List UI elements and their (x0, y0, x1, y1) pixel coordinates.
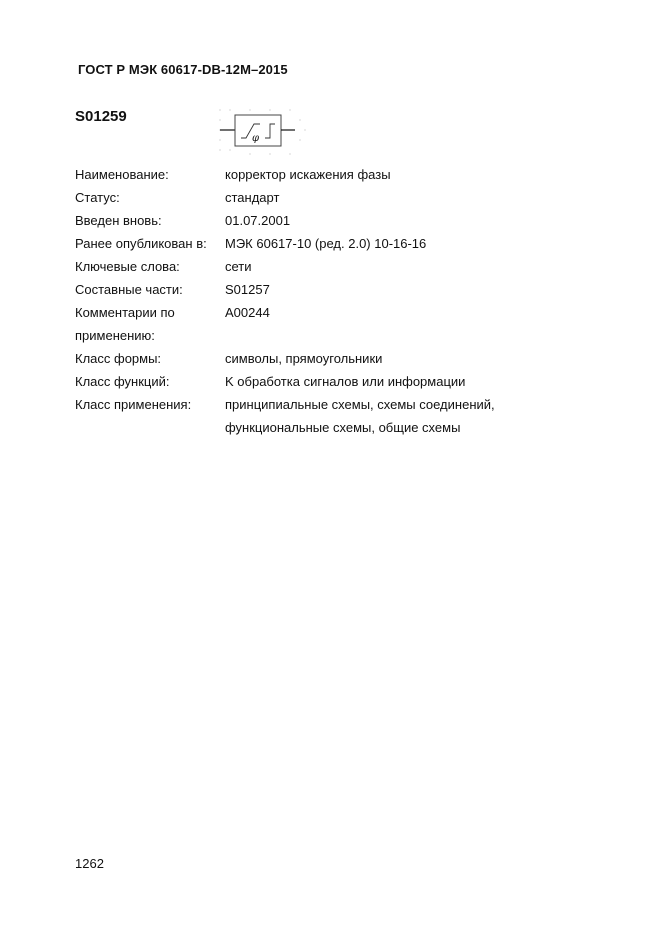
field-label: Статус: (75, 186, 225, 209)
field-row-keywords: Ключевые слова: сети (75, 255, 595, 278)
field-label: Введен вновь: (75, 209, 225, 232)
page-number: 1262 (75, 856, 104, 871)
document-header: ГОСТ Р МЭК 60617-DB-12M–2015 (78, 62, 288, 77)
symbol-code: S01259 (75, 108, 127, 125)
field-label: Класс функций: (75, 370, 225, 393)
field-row-status: Статус: стандарт (75, 186, 595, 209)
field-value: стандарт (225, 186, 595, 209)
field-label: применению: (75, 324, 225, 347)
field-value: функциональные схемы, общие схемы (225, 416, 595, 439)
field-row-name: Наименование: корректор искажения фазы (75, 163, 595, 186)
field-row-application-notes-cont: применению: (75, 324, 595, 347)
field-label: Наименование: (75, 163, 225, 186)
field-value: сети (225, 255, 595, 278)
field-label: Класс формы: (75, 347, 225, 370)
field-value: A00244 (225, 301, 595, 324)
field-row-application-class: Класс применения: принципиальные схемы, … (75, 393, 595, 416)
field-value: S01257 (225, 278, 595, 301)
field-row-application-class-cont: функциональные схемы, общие схемы (75, 416, 595, 439)
field-row-function-class: Класс функций: K обработка сигналов или … (75, 370, 595, 393)
field-value: K обработка сигналов или информации (225, 370, 595, 393)
field-value: символы, прямоугольники (225, 347, 595, 370)
field-row-components: Составные части: S01257 (75, 278, 595, 301)
field-value: принципиальные схемы, схемы соединений, (225, 393, 595, 416)
svg-text:φ: φ (252, 133, 259, 144)
field-row-form-class: Класс формы: символы, прямоугольники (75, 347, 595, 370)
field-row-introduced: Введен вновь: 01.07.2001 (75, 209, 595, 232)
field-value: МЭК 60617-10 (ред. 2.0) 10-16-16 (225, 232, 595, 255)
field-row-application-notes: Комментарии по A00244 (75, 301, 595, 324)
field-label: Ранее опубликован в: (75, 232, 225, 255)
field-list: Наименование: корректор искажения фазы С… (75, 163, 595, 439)
field-value: корректор искажения фазы (225, 163, 595, 186)
field-label: Ключевые слова: (75, 255, 225, 278)
field-label: Составные части: (75, 278, 225, 301)
field-label: Класс применения: (75, 393, 225, 416)
field-label: Комментарии по (75, 301, 225, 324)
field-row-previously-published: Ранее опубликован в: МЭК 60617-10 (ред. … (75, 232, 595, 255)
field-value: 01.07.2001 (225, 209, 595, 232)
phase-distortion-corrector-symbol-icon: φ (215, 106, 310, 162)
